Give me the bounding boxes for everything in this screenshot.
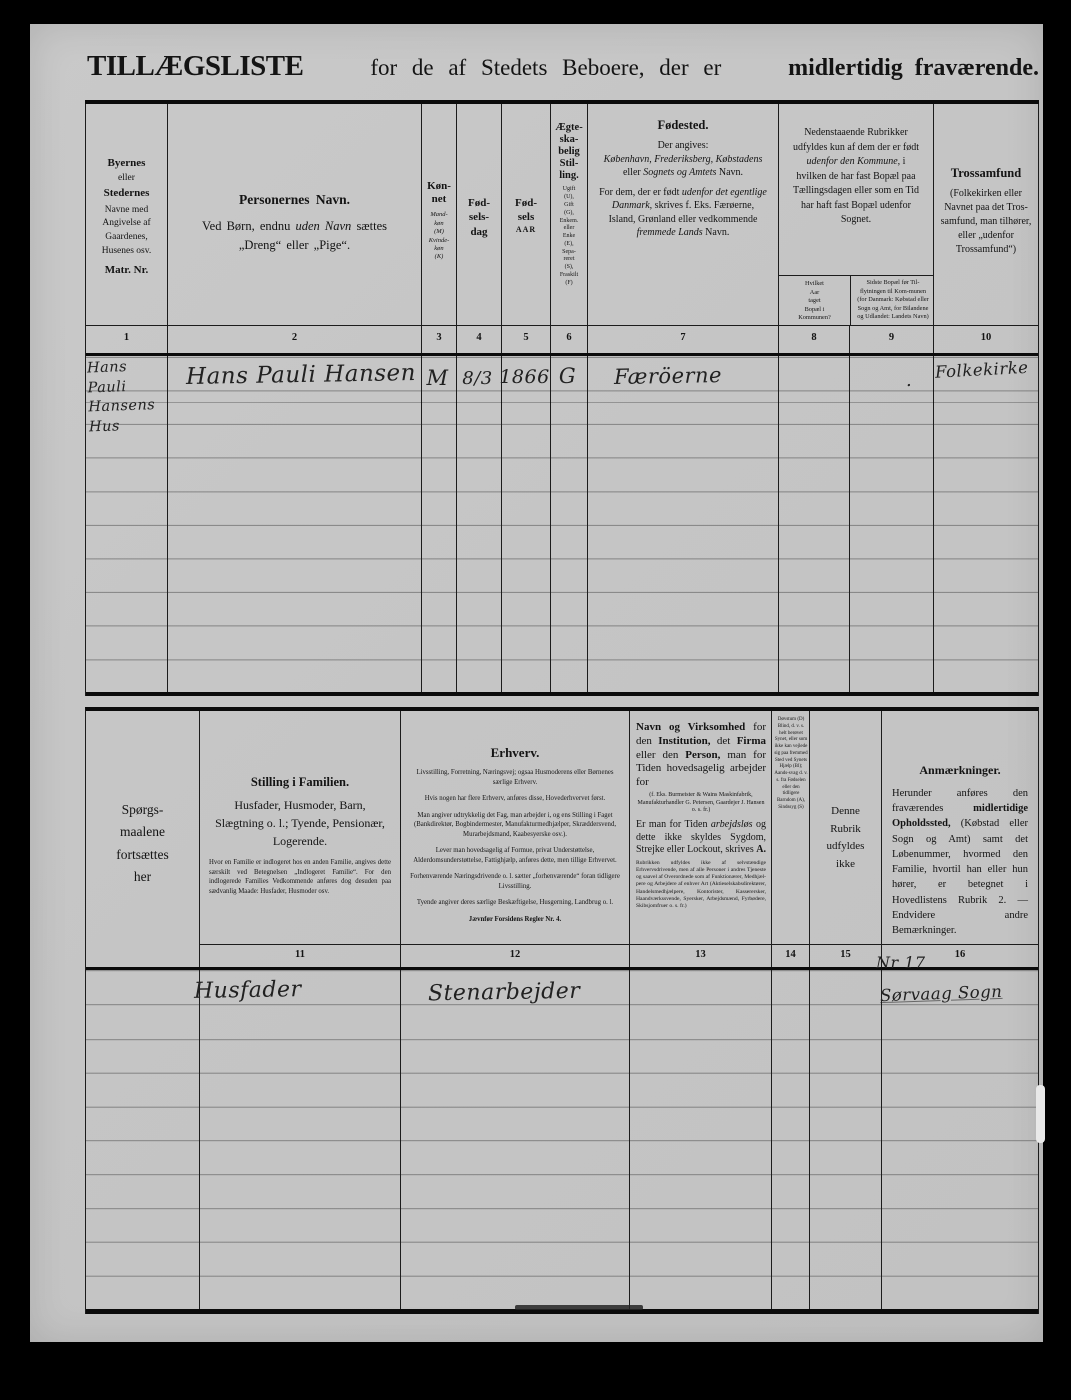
- group89-subcells: Hvilket Aar taget Bopæl i Kommunen? Sids…: [779, 275, 933, 325]
- table-upper-header: Byernes eller Stedernes Navne med Angive…: [86, 104, 1038, 325]
- header-col8-year-moved: Hvilket Aar taget Bopæl i Kommunen?: [779, 276, 850, 325]
- col13-p2b: ar­bejdsløs: [711, 819, 753, 830]
- body-col3: [421, 356, 456, 692]
- col7-p1e: Navn.: [719, 167, 743, 178]
- colnum-11: 11: [199, 944, 400, 967]
- col2-sub-a: Ved Børn, endnu: [202, 219, 290, 233]
- header-col12-occupation: Erhverv. Livsstilling, Forretning, Nærin…: [400, 711, 629, 944]
- table-lower-header: Spørgs- maalene fortsættes her Stilling …: [86, 711, 1038, 967]
- col16-body: Herunder anføres den fraværendes midlert…: [892, 786, 1028, 938]
- col1-line5: Matr. Nr.: [86, 263, 167, 279]
- col13-t5: Firma: [737, 735, 766, 747]
- table-upper: Byernes eller Stedernes Navne med Angive…: [85, 104, 1039, 696]
- colnum-14: 14: [771, 944, 809, 967]
- header-col2-name: Personernes Navn. Ved Børn, endnu uden N…: [167, 104, 421, 325]
- header-col11-family-position: Stilling i Familien. Husfader, Husmoder,…: [199, 711, 400, 944]
- scanned-page: TILLÆGSLISTE for de af Stedets Beboere, …: [30, 24, 1043, 1342]
- col13-t4: det: [717, 735, 730, 747]
- col7-p1a: Der angives:: [658, 140, 709, 151]
- col13-t3: Institution,: [658, 735, 710, 747]
- col5-year: AAR: [502, 225, 550, 235]
- header-col1-place: Byernes eller Stedernes Navne med Angive…: [86, 104, 167, 325]
- page-title: TILLÆGSLISTE for de af Stedets Beboere, …: [87, 50, 1039, 83]
- col13-para2: Er man for Tiden ar­bejdsløs og dette ik…: [636, 819, 766, 857]
- body-col10: [933, 356, 1038, 692]
- col12-title: Erhverv.: [401, 745, 629, 761]
- entry-marital-status: G: [548, 364, 587, 388]
- colnum-4: 4: [456, 326, 501, 353]
- col13-t7: Person,: [685, 749, 720, 761]
- body-col5: [501, 356, 550, 692]
- table-lower-body: Husfader Stenarbejder Nr 17 Sørvaag Sogn: [86, 970, 1038, 1314]
- col12-p4: Lever man hovedsagelig af Formue, privat…: [401, 846, 629, 865]
- header-col14-disabilities: Døvstum (D) Blind, d. v. s. helt berøvet…: [771, 711, 809, 944]
- col10-title: Trossamfund: [934, 166, 1038, 181]
- entry-birth-day: 8/3: [454, 368, 501, 389]
- col5-title: Fød- sels: [502, 196, 550, 225]
- body-col4: [456, 356, 501, 692]
- col16-c: (Købstad eller Sogn og Amt) samt det Løb…: [892, 818, 1028, 936]
- body-col13: [629, 970, 771, 1309]
- header-col16-remarks: Anmærkninger. Herunder anføres den fravæ…: [881, 711, 1038, 944]
- colnum-2: 2: [167, 326, 421, 353]
- body-col2: [167, 356, 421, 692]
- entry-remark-number: Nr 17: [876, 953, 926, 972]
- page-title-middle: for de af Stedets Beboere, der er: [356, 55, 735, 81]
- page-title-bold-right: midlertidig fraværende.: [788, 55, 1039, 82]
- col1-line2: eller: [86, 172, 167, 186]
- entry-sex: M: [419, 366, 456, 390]
- col2-sub: Ved Børn, endnu uden Navn sættes „Dreng“…: [168, 217, 421, 255]
- body-col15: [809, 970, 881, 1309]
- entry-person-name: Hans Pauli Hansen: [186, 360, 416, 390]
- printer-mark: [515, 1305, 643, 1310]
- colnum-13: 13: [629, 944, 771, 967]
- body-col11: [199, 970, 400, 1309]
- colnum-15: 15: [809, 944, 881, 967]
- body-col6: [550, 356, 587, 692]
- col1-line1: Byernes: [86, 156, 167, 172]
- col1-line4: Navne med Angivelse af Gaardenes, Husene…: [86, 202, 167, 259]
- col12-p1: Livsstilling, Forretning, Næringsvej; og…: [401, 768, 629, 787]
- body-col7: [587, 356, 778, 692]
- header-col10-religion: Trossamfund (Folkekirken eller Navnet pa…: [933, 104, 1038, 325]
- header-col7-birthplace: Fødested. Der angives: København, Freder…: [587, 104, 778, 325]
- col7-p1c: eller: [623, 167, 641, 178]
- header-col5-birthyear: Fød- sels AAR: [501, 104, 550, 325]
- page-title-bold-left: TILLÆGSLISTE: [87, 50, 303, 83]
- col7-p2d: fremmede Lands: [637, 227, 703, 238]
- colnum-9: 9: [849, 326, 933, 353]
- colnum-8: 8: [778, 326, 849, 353]
- col7-para1: Der angives: København, Frederiksberg, K…: [588, 139, 778, 180]
- entry-birth-year: 1866: [499, 366, 550, 388]
- body-col12: [400, 970, 629, 1309]
- col13-fine2: Rubrikken udfyldes ikke af selv­stændige…: [636, 860, 766, 911]
- col12-p7: Jævnfør Forsidens Regler Nr. 4.: [401, 915, 629, 925]
- scan-edge-artifact: [1036, 1085, 1045, 1143]
- col13-t1: Navn og Virksomhed: [636, 721, 745, 733]
- col13-fine1: (f. Eks. Burmeister & Wains Maskinfabrik…: [636, 792, 766, 815]
- entry-last-residence-dot: .: [906, 370, 912, 391]
- group89-b: udenfor den Kommune,: [807, 156, 901, 167]
- col1-line3: Stedernes: [86, 186, 167, 202]
- body-col8: [778, 356, 849, 692]
- row1-guideline: [86, 402, 1038, 403]
- table-upper-numbers: 1 2 3 4 5 6 7 8 9 10: [86, 325, 1038, 356]
- colnum-3: 3: [421, 326, 456, 353]
- body-col9: [849, 356, 933, 692]
- header-group-col8-9: Nedenstaaende Rubrik­ker udfyldes kun af…: [778, 104, 933, 325]
- col3-title: Køn- net: [422, 180, 456, 205]
- col13-p2a: Er man for Tiden: [636, 819, 707, 830]
- col7-title: Fødested.: [588, 118, 778, 133]
- col12-p3: Man angiver udtrykkelig det Fag, man arb…: [401, 811, 629, 840]
- body-sidebar: [86, 970, 199, 1309]
- table-upper-body: Hans Pauli Hansens Hus Hans Pauli Hansen…: [86, 356, 1038, 696]
- col7-p2a: For dem, der er født: [599, 187, 679, 198]
- col7-para2: For dem, der er født udenfor det egent­l…: [588, 186, 778, 240]
- col13-p2d: A.: [756, 844, 766, 855]
- header-col9-last-residence: Sidste Bopæl før Til-flytningen til Kom-…: [850, 276, 933, 325]
- entry-occupation: Stenarbejder: [428, 979, 581, 1007]
- col13-t6: eller den: [636, 749, 678, 761]
- header-col13-employer: Navn og Virksomhed for den Institution, …: [629, 711, 771, 944]
- col12-p2: Hvis nogen har flere Erhverv, anføres di…: [401, 794, 629, 804]
- colnum-12: 12: [400, 944, 629, 967]
- body-col16: [881, 970, 1038, 1309]
- col16-title: Anmærkninger.: [892, 763, 1028, 778]
- col4-title: Fød- sels- dag: [457, 196, 501, 239]
- col12-p6: Tyende angiver deres særlige Beskæftigel…: [401, 898, 629, 908]
- col12-p5: Forhenværende Næringsdrivende o. l. sætt…: [401, 872, 629, 891]
- col7-p1b: København, Frederiksberg, Købstadens: [604, 154, 763, 165]
- col7-p1d: Sognets og Amtets: [643, 167, 716, 178]
- col6-title: Ægte- ska- belig Stil- ling.: [551, 122, 587, 182]
- colnum-7: 7: [587, 326, 778, 353]
- sidebar-questions-continue: Spørgs- maalene fortsættes her: [86, 711, 199, 967]
- header-col6-marital: Ægte- ska- belig Stil- ling. Ugift (U), …: [550, 104, 587, 325]
- body-col14: [771, 970, 809, 1309]
- group89-a: Nedenstaaende Rubrik­ker udfyldes kun af…: [793, 127, 919, 153]
- entry-family-position: Husfader: [194, 977, 302, 1004]
- col2-title: Personernes Navn.: [168, 192, 421, 208]
- entry-matr-place: Hans Pauli Hansens Hus: [87, 357, 172, 438]
- table-lower: Spørgs- maalene fortsættes her Stilling …: [85, 707, 1039, 1314]
- col10-sub: (Folkekirken eller Navnet paa det Tros-s…: [934, 187, 1038, 257]
- col11-fine: Hvor en Familie er indlogeret hos en and…: [200, 858, 400, 896]
- col13-title: Navn og Virksomhed for den Institution, …: [636, 721, 766, 790]
- entry-birthplace: Færöerne: [614, 363, 722, 389]
- colnum-5: 5: [501, 326, 550, 353]
- col7-p2e: Navn.: [705, 227, 729, 238]
- colnum-6: 6: [550, 326, 587, 353]
- header-col4-birthday: Fød- sels- dag: [456, 104, 501, 325]
- col2-sub-italic: uden Navn: [296, 219, 352, 233]
- col3-sub: Mand- køn (M) Kvinde- køn (K): [422, 211, 456, 262]
- header-col3-sex: Køn- net Mand- køn (M) Kvinde- køn (K): [421, 104, 456, 325]
- group89-text: Nedenstaaende Rubrik­ker udfyldes kun af…: [779, 104, 933, 275]
- colnum-10: 10: [933, 326, 1038, 353]
- col11-sub: Husfader, Husmoder, Barn, Slægtning o. l…: [200, 796, 400, 850]
- col6-sub: Ugift (U), Gift (G), Enkem. eller Enke (…: [551, 186, 587, 287]
- colnum-1: 1: [86, 326, 167, 353]
- col11-title: Stilling i Familien.: [200, 775, 400, 790]
- header-col15-not-filled: Denne Rubrik udfyldes ikke: [809, 711, 881, 944]
